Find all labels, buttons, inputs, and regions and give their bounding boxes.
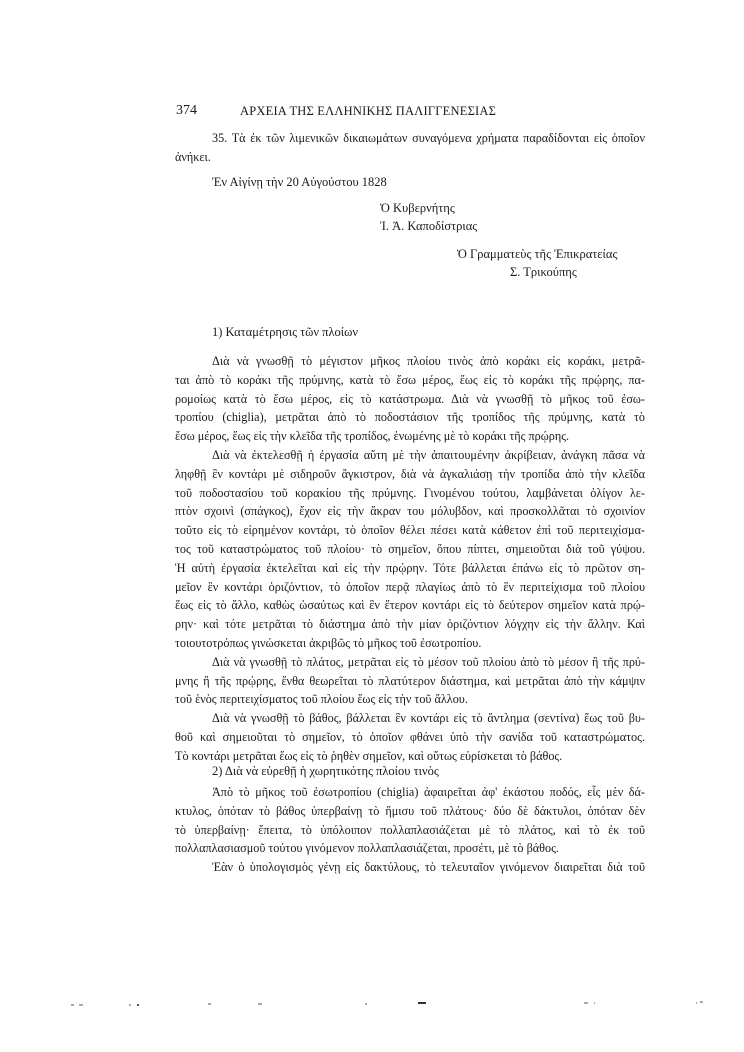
text-line: Ἀπὸ τὸ μῆκος τοῦ ἐσωτροπίου (chiglia) ἀφ…: [175, 783, 645, 802]
secretary-name: Σ. Τρικούπης: [510, 265, 577, 280]
scan-artifact: [700, 1001, 703, 1003]
text-line: μνης ἢ τῆς πρῴρης, ἔνθα θεωρεῖται τὸ πλα…: [175, 672, 645, 691]
governor-title: Ὁ Κυβερνήτης: [380, 201, 455, 216]
paragraph: Ἀπὸ τὸ μῆκος τοῦ ἐσωτροπίου (chiglia) ἀφ…: [175, 783, 645, 858]
text-line: μεῖον ἓν κοντάρι ὁριζόντιον, τὸ ὁποῖον π…: [175, 578, 645, 597]
scan-artifact: [365, 1003, 367, 1005]
text-line: τοῦτο εἰς τὸ εἰρημένον κοντάρι, τὸ ὁποῖο…: [175, 521, 645, 540]
document-page: 374 ΑΡΧΕΙΑ ΤΗΣ ΕΛΛΗΝΙΚΗΣ ΠΑΛΙΓΓΕΝΕΣΙΑΣ 3…: [0, 0, 744, 1052]
text-line: Τὸ κοντάρι μετρᾶται ἕως εἰς τὸ ῥηθὲν σημ…: [175, 747, 645, 766]
page-header: 374 ΑΡΧΕΙΑ ΤΗΣ ΕΛΛΗΝΙΚΗΣ ΠΑΛΙΓΓΕΝΕΣΙΑΣ: [176, 103, 656, 123]
scan-artifact: [418, 1002, 426, 1004]
text-line: θοῦ καὶ σημειοῦται τὸ σημεῖον, τὸ ὁποῖον…: [175, 728, 645, 747]
paragraph: Διὰ νὰ γνωσθῇ τὸ μέγιστον μῆκος πλοίου τ…: [175, 352, 645, 446]
text-line: τοῦ ἑνὸς περιτειχίσματος τοῦ πλοίου ἕως …: [175, 690, 645, 709]
text-line: ρομοίως κατὰ τὸ ἔσω μέρος, εἰς τὸ κατάστ…: [175, 390, 645, 409]
page-number: 374: [176, 103, 197, 119]
text-line: ἕως εἰς τὸ ἄλλο, καθὼς ὡσαύτως καὶ ἓν ἕτ…: [175, 596, 645, 615]
text-line: Ἐὰν ὁ ὑπολογισμὸς γένῃ εἰς δακτύλους, τὸ…: [175, 858, 645, 877]
section-heading-1: 1) Καταμέτρησις τῶν πλοίων: [212, 325, 358, 340]
paragraph: Διὰ νὰ ἐκτελεσθῇ ἡ ἐργασία αὕτη μὲ τὴν ἀ…: [175, 446, 645, 653]
scan-artifact: [137, 1004, 139, 1006]
text-line: ρην· καὶ τότε μετρᾶται τὸ διάστημα ἀπὸ τ…: [175, 615, 645, 634]
scan-artifact: [584, 1002, 588, 1004]
scan-artifact: [208, 1003, 211, 1005]
text-line: Διὰ νὰ ἐκτελεσθῇ ἡ ἐργασία αὕτη μὲ τὴν ἀ…: [175, 446, 645, 465]
scan-artifact: [696, 1002, 697, 1004]
governor-name: Ἰ. Ἀ. Καποδίστριας: [380, 219, 477, 234]
scan-artifact: [594, 1002, 595, 1004]
text-line: πολλαπλασιασμοῦ τούτου γινόμενον πολλαπλ…: [175, 839, 645, 858]
place-date: Ἐν Αἰγίνῃ τὴν 20 Αὐγούστου 1828: [212, 175, 387, 190]
text-line: τοῦ ποδοστασίου τοῦ κορακίου τῆς πρύμνης…: [175, 484, 645, 503]
paragraph: Διὰ νὰ γνωσθῇ τὸ βάθος, βάλλεται ἓν κοντ…: [175, 709, 645, 765]
text-line: πτὸν σχοινὶ (σπάγκος), ἔχον εἰς τὴν ἄκρα…: [175, 502, 645, 521]
scan-artifact: [258, 1003, 262, 1005]
text-line: τος τοῦ καταστρώματος τοῦ πλοίου· τὸ σημ…: [175, 540, 645, 559]
text-line: τὸ ὑπερβαίνῃ· ἔπειτα, τὸ ὑπόλοιπον πολλα…: [175, 821, 645, 840]
text-line: ται ἀπὸ τὸ κοράκι τῆς πρύμνης, κατὰ τὸ ἔ…: [175, 371, 645, 390]
running-title: ΑΡΧΕΙΑ ΤΗΣ ΕΛΛΗΝΙΚΗΣ ΠΑΛΙΓΓΕΝΕΣΙΑΣ: [240, 104, 496, 119]
text-line: 35. Τὰ ἐκ τῶν λιμενικῶν δικαιωμάτων συνα…: [175, 129, 645, 148]
scan-artifact: [129, 1004, 131, 1006]
scan-artifact: [79, 1004, 83, 1006]
text-line: ληφθῇ ἓν κοντάρι μὲ σιδηροῦν ἄγκιστρον, …: [175, 465, 645, 484]
text-line: Διὰ νὰ γνωσθῇ τὸ βάθος, βάλλεται ἓν κοντ…: [175, 709, 645, 728]
section-heading-2: 2) Διὰ νὰ εὑρεθῇ ἡ χωρητικότης πλοίου τι…: [212, 764, 439, 779]
text-line: κτυλος, ὁπόταν τὸ βάθος ὑπερβαίνῃ τὸ ἥμι…: [175, 802, 645, 821]
text-line: Διὰ νὰ γνωσθῇ τὸ πλάτος, μετρᾶται εἰς τὸ…: [175, 653, 645, 672]
text-line: Διὰ νὰ γνωσθῇ τὸ μέγιστον μῆκος πλοίου τ…: [175, 352, 645, 371]
text-line: τροπίου (chiglia), μετρᾶται ἀπὸ τὸ ποδοσ…: [175, 408, 645, 427]
secretary-title: Ὁ Γραμματεὺς τῆς Ἐπικρατείας: [457, 247, 617, 262]
text-line: Ἡ αὐτὴ ἐργασία ἐκτελεῖται καὶ εἰς τὴν πρ…: [175, 559, 645, 578]
text-line: ἀνήκει.: [175, 148, 645, 167]
article-35: 35. Τὰ ἐκ τῶν λιμενικῶν δικαιωμάτων συνα…: [175, 129, 645, 167]
paragraph: Διὰ νὰ γνωσθῇ τὸ πλάτος, μετρᾶται εἰς τὸ…: [175, 653, 645, 709]
text-line: ἔσω μέρος, ἕως εἰς τὴν κλεῖδα τῆς τροπίδ…: [175, 427, 645, 446]
text-line: τοιουτοτρόπως γινώσκεται ἀκριβῶς τὸ μῆκο…: [175, 634, 645, 653]
section-2-body: Ἀπὸ τὸ μῆκος τοῦ ἐσωτροπίου (chiglia) ἀφ…: [175, 783, 645, 877]
scan-artifact: [71, 1004, 74, 1006]
paragraph: Ἐὰν ὁ ὑπολογισμὸς γένῃ εἰς δακτύλους, τὸ…: [175, 858, 645, 877]
section-1-body: Διὰ νὰ γνωσθῇ τὸ μέγιστον μῆκος πλοίου τ…: [175, 352, 645, 766]
